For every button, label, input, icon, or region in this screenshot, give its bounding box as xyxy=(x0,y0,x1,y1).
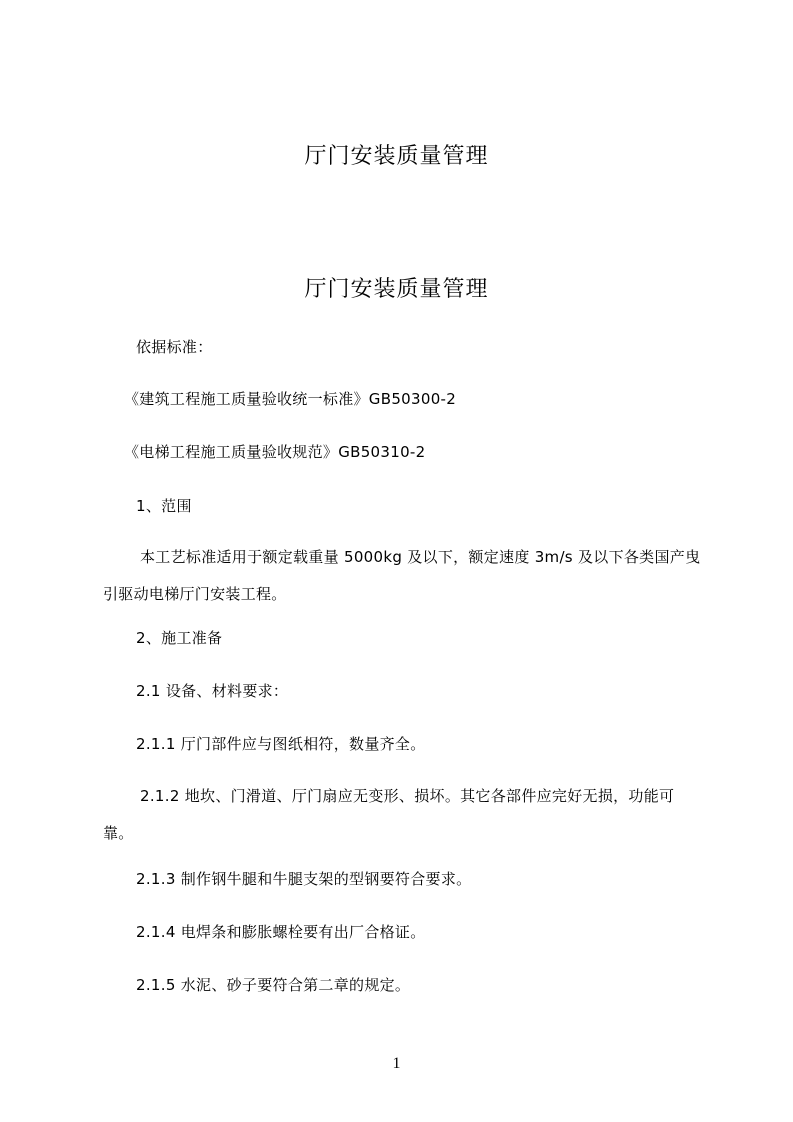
requirement-item: 2.1.1 厅门部件应与图纸相符，数量齐全。 xyxy=(136,734,426,754)
section-heading: 1、范围 xyxy=(136,496,192,516)
basis-label: 依据标准： xyxy=(136,337,213,357)
header-title: 厅门安装质量管理 xyxy=(0,143,793,171)
standard-item: 《电梯工程施工质量验收规范》GB50310-2 xyxy=(124,442,426,462)
page-number: 1 xyxy=(0,1055,793,1073)
requirement-item: 2.1.4 电焊条和膨胀螺栓要有出厂合格证。 xyxy=(136,922,426,942)
subsection-heading: 2.1 设备、材料要求： xyxy=(136,681,288,701)
section-body: 本工艺标准适用于额定载重量 5000kg 及以下，额定速度 3m/s 及以下各类… xyxy=(103,539,703,613)
requirement-item: 2.1.2 地坎、门滑道、厅门扇应无变形、损坏。其它各部件应完好无损，功能可靠。 xyxy=(103,778,703,852)
standard-item: 《建筑工程施工质量验收统一标准》GB50300-2 xyxy=(124,389,456,409)
main-title: 厅门安装质量管理 xyxy=(0,276,793,304)
requirement-item: 2.1.3 制作钢牛腿和牛腿支架的型钢要符合要求。 xyxy=(136,869,471,889)
requirement-item: 2.1.5 水泥、砂子要符合第二章的规定。 xyxy=(136,975,410,995)
section-heading: 2、施工准备 xyxy=(136,628,222,648)
